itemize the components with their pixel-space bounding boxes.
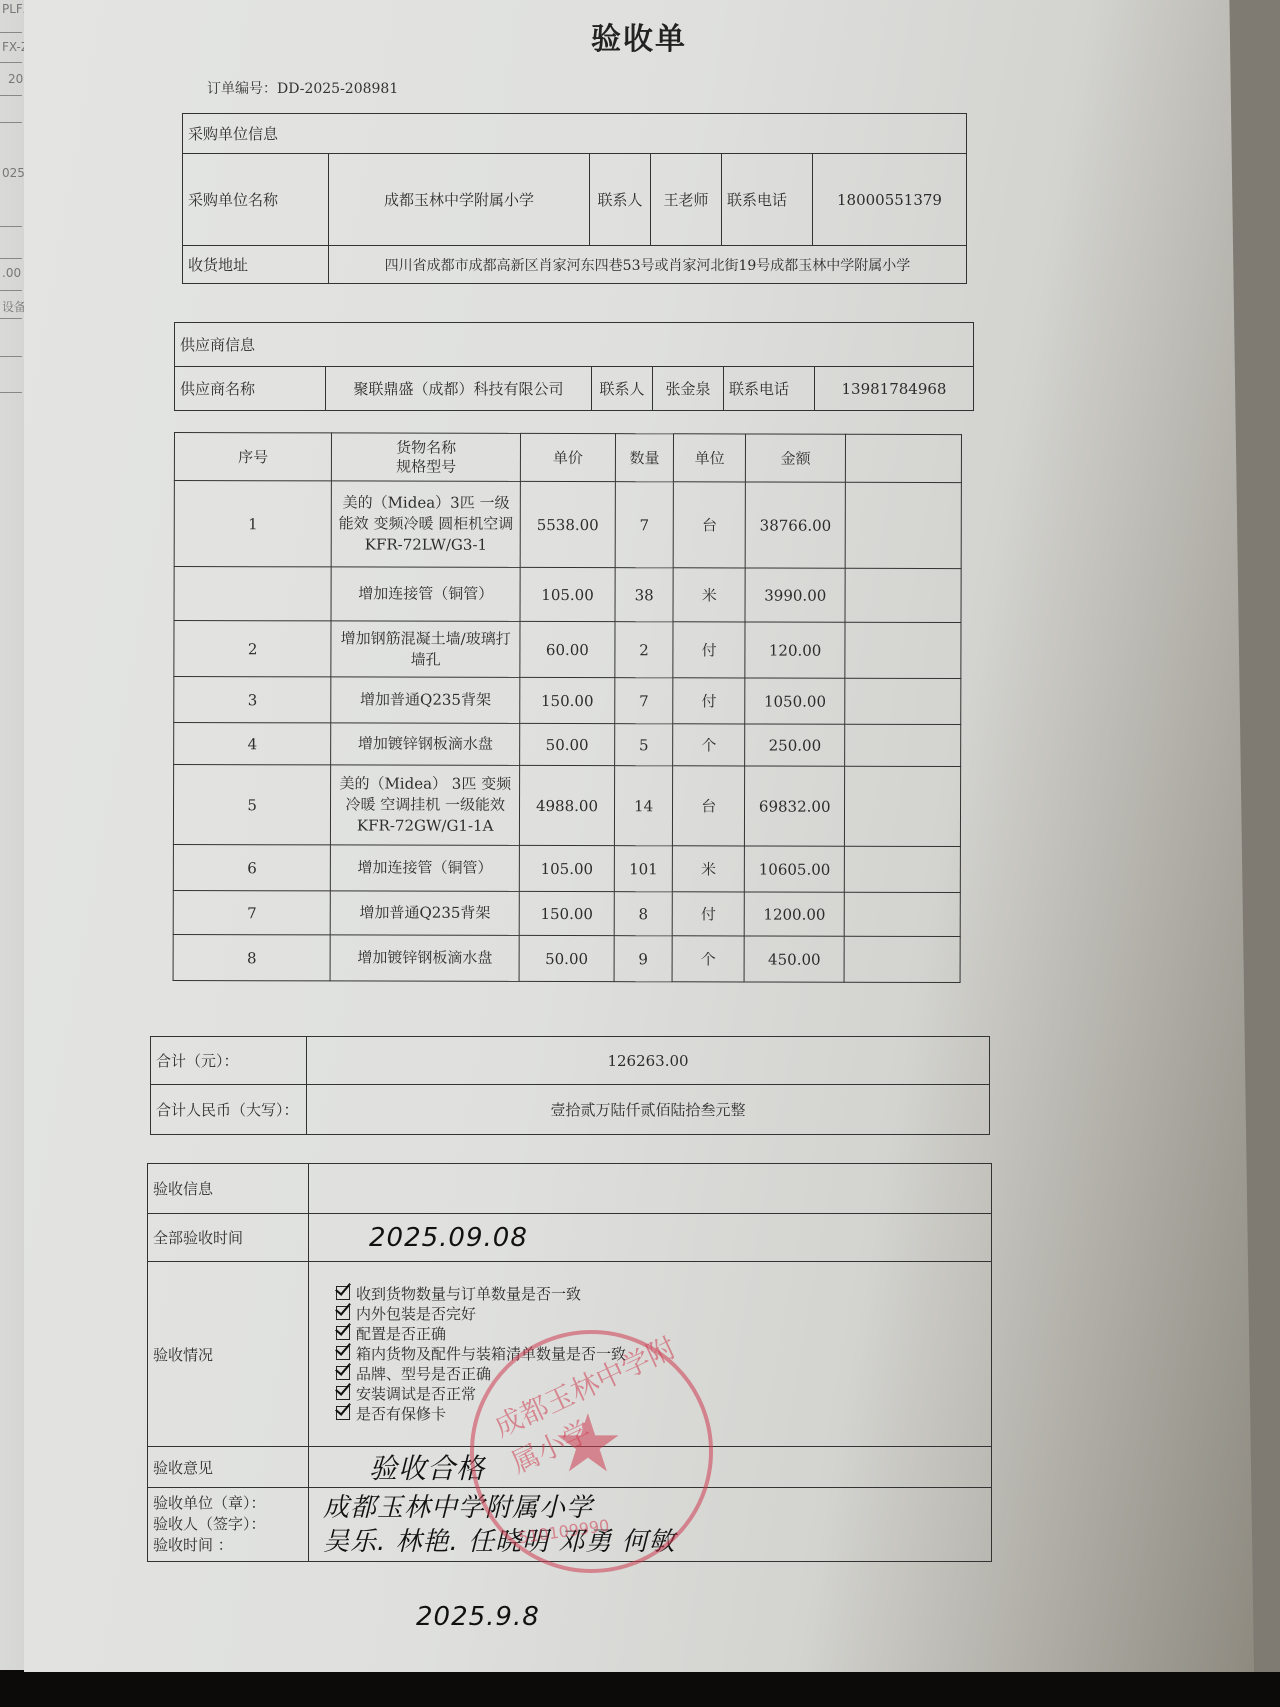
supplier-phone-label: 联系电话	[724, 367, 815, 411]
checklist-item-text: 内外包装是否完好	[356, 1305, 476, 1323]
checklist-item-text: 收到货物数量与订单数量是否一致	[356, 1285, 581, 1303]
checklist-item: 收到货物数量与订单数量是否一致	[336, 1284, 986, 1304]
item-row: 5美的（Midea） 3匹 变频冷暖 空调挂机 一级能效 KFR-72GW/G1…	[173, 765, 960, 847]
item-qty: 7	[615, 678, 673, 724]
checklist-item-text: 安装调试是否正常	[356, 1385, 476, 1403]
item-name: 美的（Midea） 3匹 变频冷暖 空调挂机 一级能效 KFR-72GW/G1-…	[331, 765, 520, 845]
acceptance-table: 验收信息 全部验收时间 2025.09.08 验收情况 收到货物数量与订单数量是…	[147, 1163, 992, 1562]
item-qty: 8	[614, 892, 672, 936]
item-unit: 付	[673, 678, 745, 724]
item-extra	[844, 936, 960, 982]
checkbox-checked-icon[interactable]	[336, 1406, 350, 1420]
item-row: 7增加普通Q235背架150.008付1200.00	[173, 890, 960, 936]
header-amount: 金额	[746, 434, 846, 482]
checklist-item-text: 箱内货物及配件与装箱清单数量是否一致	[356, 1345, 626, 1363]
item-amount: 250.00	[745, 724, 845, 766]
sign-date-handwritten: 2025.9.8	[416, 1602, 540, 1632]
item-qty: 101	[614, 846, 672, 892]
item-no: 1	[174, 481, 332, 567]
order-number-label: 订单编号：	[207, 81, 277, 97]
item-name: 增加普通Q235背架	[331, 677, 520, 723]
item-extra	[845, 568, 961, 622]
item-price: 150.00	[520, 677, 615, 723]
status-label: 验收情况	[148, 1262, 309, 1447]
checklist-item: 配置是否正确	[336, 1324, 986, 1344]
checkbox-checked-icon[interactable]	[336, 1286, 350, 1300]
checkbox-checked-icon[interactable]	[336, 1386, 350, 1400]
buyer-name-label: 采购单位名称	[183, 154, 329, 246]
buyer-contact-label: 联系人	[590, 154, 651, 246]
item-row: 8增加镀锌钢板滴水盘50.009个450.00	[173, 934, 960, 982]
item-row: 4增加镀锌钢板滴水盘50.005个250.00	[174, 723, 961, 767]
item-name: 增加钢筋混凝土墙/玻璃打墙孔	[331, 621, 520, 677]
total-label: 合计（元）：	[151, 1037, 307, 1085]
item-no: 2	[174, 621, 332, 677]
item-name: 美的（Midea）3匹 一级能效 变频冷暖 圆柜机空调 KFR-72LW/G3-…	[332, 481, 521, 567]
supplier-name: 聚联鼎盛（成都）科技有限公司	[326, 367, 592, 411]
item-row: 增加连接管（铜管）105.0038米3990.00	[174, 567, 961, 623]
checkbox-checked-icon[interactable]	[336, 1326, 350, 1340]
item-amount: 38766.00	[745, 482, 845, 568]
supplier-section-label: 供应商信息	[175, 323, 974, 367]
item-no	[174, 567, 332, 621]
acceptance-form-sheet: 验收单 订单编号：DD-2025-208981 采购单位信息 采购单位名称 成都…	[24, 0, 1254, 1672]
header-extra	[846, 434, 962, 482]
item-extra	[845, 678, 961, 724]
item-name: 增加连接管（铜管）	[331, 845, 520, 891]
checklist-item: 品牌、型号是否正确	[336, 1364, 986, 1384]
item-extra	[845, 622, 961, 678]
item-unit: 台	[673, 766, 745, 846]
fragment-text: 设备	[2, 298, 26, 315]
total-value: 126263.00	[307, 1037, 990, 1085]
acceptance-unit-handwritten: 成都玉林中学附属小学	[323, 1491, 986, 1525]
item-amount: 1200.00	[744, 892, 844, 936]
item-price: 5538.00	[520, 481, 615, 567]
checklist-item: 内外包装是否完好	[336, 1304, 986, 1324]
buyer-section-label: 采购单位信息	[183, 114, 967, 154]
header-qty: 数量	[615, 434, 673, 482]
items-header-row: 序号 货物名称 规格型号 单价 数量 单位 金额	[174, 433, 961, 483]
acceptance-info-label: 验收信息	[148, 1164, 309, 1214]
acceptance-unit-label: 验收单位（章）：	[153, 1493, 303, 1514]
document-title: 验收单	[24, 14, 1254, 58]
items-table: 序号 货物名称 规格型号 单价 数量 单位 金额 1美的（Midea）3匹 一级…	[173, 432, 962, 983]
total-rmb-value: 壹拾贰万陆仟贰佰陆拾叁元整	[307, 1085, 990, 1135]
fragment-text: .00	[2, 266, 21, 280]
buyer-phone-label: 联系电话	[722, 154, 813, 246]
acceptance-signer-label: 验收人（签字）：	[153, 1514, 303, 1535]
signers-handwritten: 吴乐. 林艳. 任晓明 邓勇 何敏	[323, 1525, 986, 1559]
order-number: 订单编号：DD-2025-208981	[207, 78, 398, 98]
item-amount: 10605.00	[744, 846, 844, 892]
item-qty: 2	[615, 622, 674, 678]
order-number-value: DD-2025-208981	[277, 81, 398, 97]
item-no: 7	[173, 890, 331, 934]
item-amount: 3990.00	[745, 568, 845, 622]
item-no: 6	[173, 844, 331, 890]
buyer-contact: 王老师	[651, 154, 722, 246]
item-amount: 450.00	[744, 936, 844, 982]
full-time-handwritten: 2025.09.08	[369, 1223, 528, 1253]
supplier-contact: 张金泉	[653, 367, 724, 411]
checklist-item: 箱内货物及配件与装箱清单数量是否一致	[336, 1344, 986, 1364]
checklist-item: 是否有保修卡	[336, 1404, 986, 1424]
item-extra	[845, 766, 961, 846]
item-unit: 米	[673, 846, 745, 892]
item-extra	[845, 846, 961, 892]
full-time-label: 全部验收时间	[148, 1214, 309, 1262]
buyer-name: 成都玉林中学附属小学	[329, 154, 590, 246]
item-row: 2增加钢筋混凝土墙/玻璃打墙孔60.002付120.00	[174, 621, 961, 679]
header-price: 单价	[520, 433, 615, 481]
item-price: 4988.00	[519, 765, 614, 845]
item-unit: 付	[673, 622, 745, 678]
item-row: 3增加普通Q235背架150.007付1050.00	[174, 677, 961, 725]
item-qty: 9	[614, 936, 672, 982]
supplier-contact-label: 联系人	[592, 367, 653, 411]
opinion-handwritten: 验收合格	[369, 1452, 485, 1485]
item-unit: 个	[673, 724, 745, 766]
item-row: 6增加连接管（铜管）105.00101米10605.00	[173, 844, 960, 892]
item-unit: 付	[672, 892, 744, 936]
item-qty: 38	[615, 568, 674, 622]
header-no: 序号	[174, 433, 332, 481]
acceptance-checklist: 收到货物数量与订单数量是否一致内外包装是否完好配置是否正确箱内货物及配件与装箱清…	[314, 1278, 986, 1430]
item-unit: 台	[673, 482, 745, 568]
item-no: 3	[174, 677, 332, 723]
opinion-label: 验收意见	[148, 1447, 309, 1488]
item-price: 50.00	[519, 935, 614, 981]
item-price: 50.00	[520, 723, 615, 765]
supplier-phone: 13981784968	[815, 367, 974, 411]
checklist-item-text: 是否有保修卡	[356, 1405, 446, 1423]
supplier-name-label: 供应商名称	[175, 367, 326, 411]
item-no: 4	[174, 723, 332, 765]
item-qty: 5	[615, 724, 673, 766]
item-amount: 69832.00	[745, 766, 845, 846]
checkbox-checked-icon[interactable]	[336, 1306, 350, 1320]
item-name: 增加镀锌钢板滴水盘	[330, 935, 519, 981]
item-amount: 120.00	[745, 622, 845, 678]
checklist-item: 安装调试是否正常	[336, 1384, 986, 1404]
item-extra	[844, 892, 960, 936]
total-rmb-label: 合计人民币（大写）：	[151, 1085, 307, 1135]
item-price: 150.00	[519, 891, 614, 935]
checklist-item-text: 配置是否正确	[356, 1325, 446, 1343]
item-price: 105.00	[519, 845, 614, 891]
header-goods: 货物名称 规格型号	[332, 433, 521, 481]
item-qty: 14	[614, 766, 673, 846]
checkbox-checked-icon[interactable]	[336, 1366, 350, 1380]
item-name: 增加普通Q235背架	[331, 891, 520, 935]
buyer-info-table: 采购单位信息 采购单位名称 成都玉林中学附属小学 联系人 王老师 联系电话 18…	[182, 113, 967, 284]
item-price: 105.00	[520, 567, 615, 621]
item-qty: 7	[615, 482, 674, 568]
item-extra	[845, 482, 961, 568]
buyer-phone: 18000551379	[813, 154, 967, 246]
checklist-item-text: 品牌、型号是否正确	[356, 1365, 491, 1383]
totals-table: 合计（元）： 126263.00 合计人民币（大写）： 壹拾贰万陆仟贰佰陆拾叁元…	[150, 1036, 990, 1135]
buyer-address: 四川省成都市成都高新区肖家河东四巷53号或肖家河北街19号成都玉林中学附属小学	[329, 246, 967, 284]
checkbox-checked-icon[interactable]	[336, 1346, 350, 1360]
item-price: 60.00	[520, 621, 615, 677]
item-no: 8	[173, 934, 331, 980]
item-no: 5	[173, 765, 331, 845]
acceptance-time-label: 验收时间 ：	[153, 1535, 303, 1556]
item-amount: 1050.00	[745, 678, 845, 724]
item-extra	[845, 724, 961, 766]
supplier-info-table: 供应商信息 供应商名称 聚联鼎盛（成都）科技有限公司 联系人 张金泉 联系电话 …	[174, 322, 974, 411]
item-name: 增加镀锌钢板滴水盘	[331, 723, 520, 765]
buyer-address-label: 收货地址	[183, 246, 329, 284]
item-name: 增加连接管（铜管）	[331, 567, 520, 621]
item-row: 1美的（Midea）3匹 一级能效 变频冷暖 圆柜机空调 KFR-72LW/G3…	[174, 481, 961, 569]
item-unit: 个	[672, 936, 744, 982]
header-unit: 单位	[674, 434, 746, 482]
item-unit: 米	[673, 568, 745, 622]
